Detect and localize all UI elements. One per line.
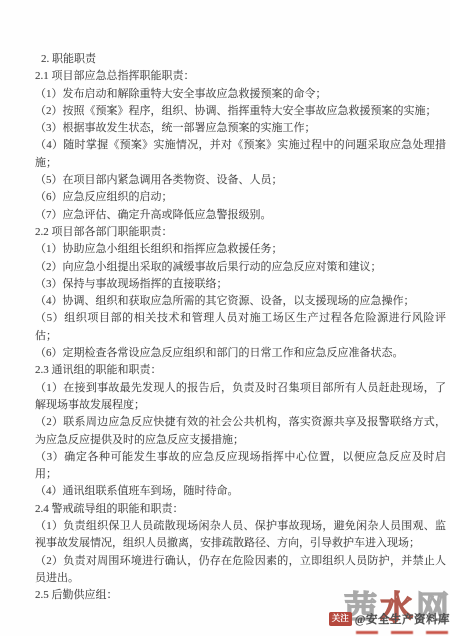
list-item: （1）负责组织保卫人员疏散现场闲杂人员、保护事故现场，避免闲杂人员围观、监视事故…: [35, 518, 446, 553]
list-item: （1）协助应急小组组长组织和指挥应急救援任务；: [35, 241, 446, 258]
list-item: （5）在项目部内紧急调用各类物资、设备、人员；: [35, 172, 446, 189]
tagline-mark: [426, 631, 448, 634]
list-item: （6）应急反应组织的启动；: [35, 189, 446, 206]
list-item: （4）协调、组织和获取应急所需的其它资源、设备，以支援现场的应急操作；: [35, 293, 446, 310]
section-heading: 2.3 通讯组的职能和职责：: [35, 362, 446, 379]
list-item: （1）发布启动和解除重特大安全事故应急救援预案的命令；: [35, 86, 446, 103]
section-heading: 2. 职能职责: [35, 51, 446, 68]
list-item: （4）随时掌握《预案》实施情况，并对《预案》实施过程中的问题采取应急处理措施；: [35, 137, 446, 172]
follow-badge: 关注: [329, 612, 352, 626]
section-heading: 2.1 项目部应急总指挥职能职责：: [35, 68, 446, 85]
section-heading: 2.2 项目部各部门职能职责：: [35, 224, 446, 241]
list-item: （3）保持与事故现场指挥的直接联络；: [35, 276, 446, 293]
tagline-mark: [356, 631, 378, 634]
document-body: 2. 职能职责 2.1 项目部应急总指挥职能职责： （1）发布启动和解除重特大安…: [35, 51, 446, 605]
follow-row: 关注 @安全生产资料库: [324, 611, 450, 627]
account-handle: @安全生产资料库: [355, 611, 450, 627]
list-item: （3）根据事故发生状态，统一部署应急预案的实施工作；: [35, 120, 446, 137]
list-item: （2）负责对周围环境进行确认，仍存在危险因素的，立即组织人员防护，并禁止人员进出…: [35, 553, 446, 588]
list-item: （2）按照《预案》程序，组织、协调、指挥重特大安全事故应急救援预案的实施；: [35, 103, 446, 120]
red-tagline: [324, 631, 450, 634]
list-item: （2）向应急小组提出采取的减缓事故后果行动的应急反应对策和建议；: [35, 259, 446, 276]
list-item: （4）通讯组联系值班车到场，随时待命。: [35, 483, 446, 500]
list-item: （6）定期检查各常设应急反应组织和部门的日常工作和应急反应准备状态。: [35, 345, 446, 362]
tagline-mark: [391, 631, 413, 634]
list-item: （5）组织项目部的相关技术和管理人员对施工场区生产过程各危险源进行风险评估；: [35, 310, 446, 345]
list-item: （2）联系周边应急反应快捷有效的社会公共机构，落实资源共享及报警联络方式，为应急…: [35, 414, 446, 449]
section-heading: 2.4 警戒疏导组的职能和职责：: [35, 501, 446, 518]
list-item: （3）确定各种可能发生事故的应急反应现场指挥中心位置，以便应急反应及时启用；: [35, 449, 446, 484]
list-item: （7）应急评估、确定升高或降低应急警报级别。: [35, 207, 446, 224]
site-watermark: 茜水网 关注 @安全生产资料库: [324, 591, 450, 634]
list-item: （1）在接到事故最先发现人的报告后，负责及时召集项目部所有人员赶赴现场，了解现场…: [35, 380, 446, 415]
